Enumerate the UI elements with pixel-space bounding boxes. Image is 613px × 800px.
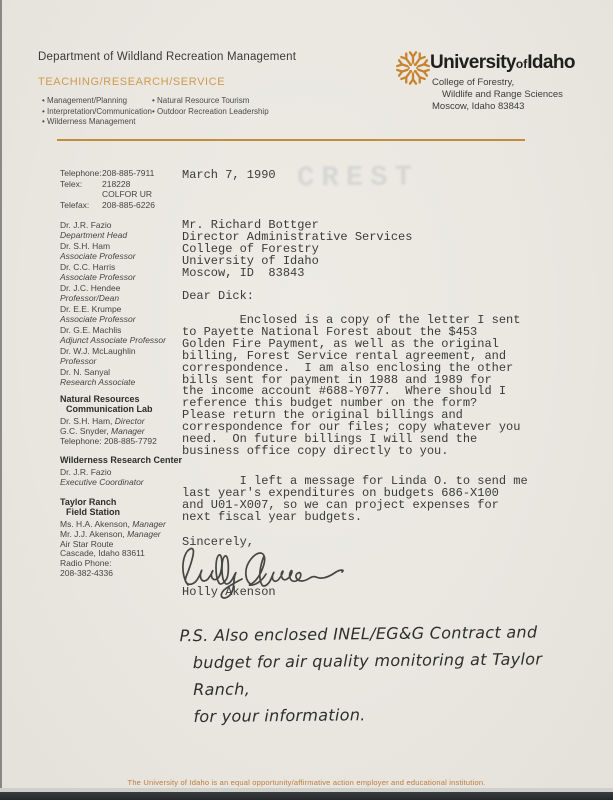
faculty-entry: Dr. N. SanyalResearch Associate (60, 367, 188, 387)
faculty-entry: Dr. G.E. MachlisAdjunct Associate Profes… (60, 325, 188, 345)
contact-label (60, 189, 102, 200)
letter-body: CREST March 7, 1990 Mr. Richard Bottger … (182, 165, 602, 635)
college-line: College of Forestry, (432, 77, 563, 89)
wrc-block: Dr. J.R. Fazio Executive Coordinator (60, 468, 188, 488)
faculty-list: Dr. J.R. FazioDepartment Head Dr. S.H. H… (60, 220, 188, 387)
contact-value: 208-885-7911 (102, 168, 154, 179)
salutation: Dear Dick: (182, 289, 254, 303)
contact-label: Telefax: (60, 200, 102, 211)
comm-lab-heading: Natural Resources Communication Lab (60, 394, 188, 414)
contact-value: COLFOR UR (102, 189, 152, 200)
equal-opportunity-footer: The University of Idaho is an equal oppo… (0, 778, 613, 787)
orange-divider (57, 139, 525, 141)
contact-label: Telex: (60, 179, 102, 190)
letter-page: Department of Wildland Recreation Manage… (0, 0, 613, 800)
paragraph-2: I left a message for Linda O. to send me… (182, 476, 528, 524)
comm-lab-block: Dr. S.H. Ham, Director G.C. Snyder, Mana… (60, 417, 188, 446)
wordmark-idaho: Idaho (527, 52, 575, 73)
letter-date: March 7, 1990 (182, 168, 276, 182)
handwritten-postscript: P.S. Also enclosed INEL/EG&G Contract an… (179, 618, 600, 730)
ghost-print-artifact: CREST (297, 160, 419, 194)
ps-line: for your information. (180, 699, 600, 730)
faculty-entry: Dr. J.R. FazioDepartment Head (60, 220, 188, 240)
program-item: Management/Planning (42, 96, 152, 107)
faculty-entry: Dr. C.C. HarrisAssociate Professor (60, 262, 188, 282)
taylor-ranch-heading: Taylor Ranch Field Station (60, 497, 188, 517)
program-item: Interpretation/Communication (42, 107, 152, 118)
college-line: Wildlife and Range Sciences (432, 89, 563, 101)
typed-signature-name: Holly Akenson (182, 585, 276, 599)
wordmark-of: of (516, 57, 527, 71)
program-item: Outdoor Recreation Leadership (152, 107, 269, 118)
university-wordmark: UniversityofIdaho (430, 52, 575, 74)
wrc-heading: Wilderness Research Center (60, 455, 188, 465)
letterhead-sidebar: Telephone:208-885-7911 Telex:218228 COLF… (60, 168, 188, 588)
college-address: College of Forestry, Wildlife and Range … (432, 77, 563, 113)
contact-label: Telephone: (60, 168, 102, 179)
program-list-left: Management/Planning Interpretation/Commu… (42, 96, 152, 128)
scan-edge-bottom (0, 792, 613, 800)
program-item: Natural Resource Tourism (152, 96, 269, 107)
university-sunburst-logo-icon (394, 49, 432, 87)
faculty-entry: Dr. W.J. McLaughlinProfessor (60, 346, 188, 366)
wordmark-university: University (430, 52, 516, 73)
contact-block: Telephone:208-885-7911 Telex:218228 COLF… (60, 168, 188, 210)
contact-value: 208-885-6226 (102, 200, 155, 211)
scan-edge-left (0, 0, 2, 792)
faculty-entry: Dr. S.H. HamAssociate Professor (60, 241, 188, 261)
paragraph-1: Enclosed is a copy of the letter I sent … (182, 315, 520, 458)
program-list-right: Natural Resource Tourism Outdoor Recreat… (152, 96, 269, 117)
tagline: TEACHING/RESEARCH/SERVICE (38, 76, 225, 88)
college-line: Moscow, Idaho 83843 (432, 101, 563, 113)
ps-line: budget for air quality monitoring at Tay… (180, 645, 601, 703)
faculty-entry: Dr. J.C. HendeeProfessor/Dean (60, 283, 188, 303)
taylor-ranch-block: Ms. H.A. Akenson, Manager Mr. J.J. Akens… (60, 520, 188, 579)
faculty-entry: Dr. E.E. KrumpeAssociate Professor (60, 304, 188, 324)
department-name: Department of Wildland Recreation Manage… (38, 51, 296, 63)
contact-value: 218228 (102, 179, 130, 190)
program-item: Wilderness Management (42, 117, 152, 128)
recipient-address: Mr. Richard Bottger Director Administrat… (182, 220, 412, 280)
